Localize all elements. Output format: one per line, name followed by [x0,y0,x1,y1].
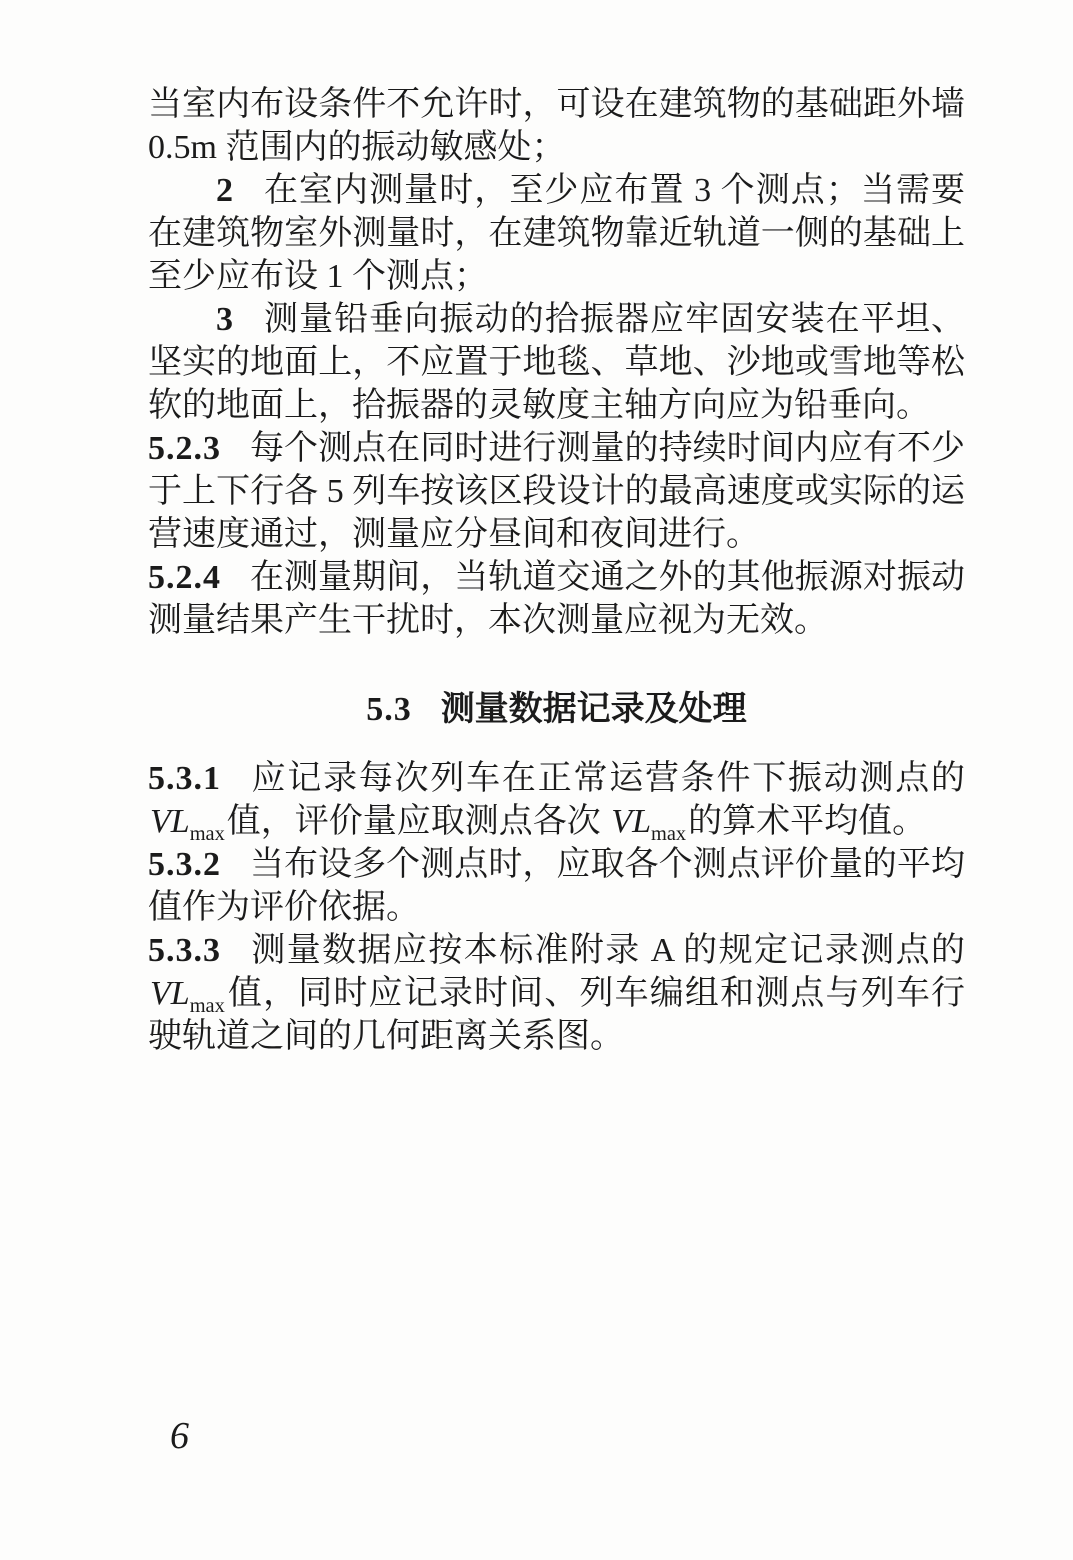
list-item-2: 2在室内测量时，至少应布置 3 个测点；当需要在建筑物室外测量时，在建筑物靠近轨… [148,169,965,298]
paragraph-continuation: 当室内布设条件不允许时，可设在建筑物的基础距外墙 0.5m 范围内的振动敏感处； [148,83,965,169]
document-page: 当室内布设条件不允许时，可设在建筑物的基础距外墙 0.5m 范围内的振动敏感处；… [0,0,1073,1560]
section-heading-number: 5.3 [366,691,412,728]
page-content: 当室内布设条件不允许时，可设在建筑物的基础距外墙 0.5m 范围内的振动敏感处；… [148,83,965,1058]
vlmax-subscript-2: max [651,823,688,845]
clause-5-3-3-text-a: 测量数据应按本标准附录 A 的规定记录测点的 [250,932,965,969]
clause-5-3-1-number: 5.3.1 [148,760,221,797]
clause-5-3-1-text-b: 值，评价量应取测点各次 [227,803,610,840]
clause-5-2-4-number: 5.2.4 [148,559,221,596]
clause-5-2-3-text: 每个测点在同时进行测量的持续时间内应有不少于上下行各 5 列车按该区段设计的最高… [148,430,965,553]
vlmax-variable-3: VL [148,975,190,1012]
clause-5-3-2-text: 当布设多个测点时，应取各个测点评价量的平均值作为评价依据。 [148,846,965,926]
list-item-2-text: 在室内测量时，至少应布置 3 个测点；当需要在建筑物室外测量时，在建筑物靠近轨道… [148,172,965,295]
clause-5-3-3-number: 5.3.3 [148,932,221,969]
vlmax-subscript-3: max [190,995,227,1017]
vlmax-variable-2: VL [609,803,651,840]
clause-5-3-2: 5.3.2当布设多个测点时，应取各个测点评价量的平均值作为评价依据。 [148,843,965,929]
clause-5-3-1-text-a: 应记录每次列车在正常运营条件下振动测点的 [250,760,965,797]
clause-5-2-4: 5.2.4在测量期间，当轨道交通之外的其他振源对振动测量结果产生干扰时，本次测量… [148,556,965,642]
vlmax-subscript-1: max [190,823,227,845]
clause-5-2-4-text: 在测量期间，当轨道交通之外的其他振源对振动测量结果产生干扰时，本次测量应视为无效… [148,559,965,639]
clause-5-2-3: 5.2.3每个测点在同时进行测量的持续时间内应有不少于上下行各 5 列车按该区段… [148,427,965,556]
section-heading-5-3: 5.3测量数据记录及处理 [148,688,965,731]
list-item-3-text: 测量铅垂向振动的拾振器应牢固安装在平坦、坚实的地面上，不应置于地毯、草地、沙地或… [148,301,965,424]
clause-5-3-3-text-b: 值，同时应记录时间、列车编组和测点与列车行驶轨道之间的几何距离关系图。 [148,975,965,1055]
page-number: 6 [170,1412,189,1460]
clause-5-3-1-text-c: 的算术平均值。 [688,803,926,840]
list-item-2-number: 2 [216,172,234,209]
clause-5-2-3-number: 5.2.3 [148,430,221,467]
clause-5-3-1: 5.3.1应记录每次列车在正常运营条件下振动测点的 VLmax值，评价量应取测点… [148,757,965,843]
clause-5-3-2-number: 5.3.2 [148,846,221,883]
vlmax-variable-1: VL [148,803,190,840]
list-item-3: 3测量铅垂向振动的拾振器应牢固安装在平坦、坚实的地面上，不应置于地毯、草地、沙地… [148,298,965,427]
clause-5-3-3: 5.3.3测量数据应按本标准附录 A 的规定记录测点的 VLmax值，同时应记录… [148,929,965,1058]
section-heading-title: 测量数据记录及处理 [441,690,747,728]
list-item-3-number: 3 [216,301,234,338]
